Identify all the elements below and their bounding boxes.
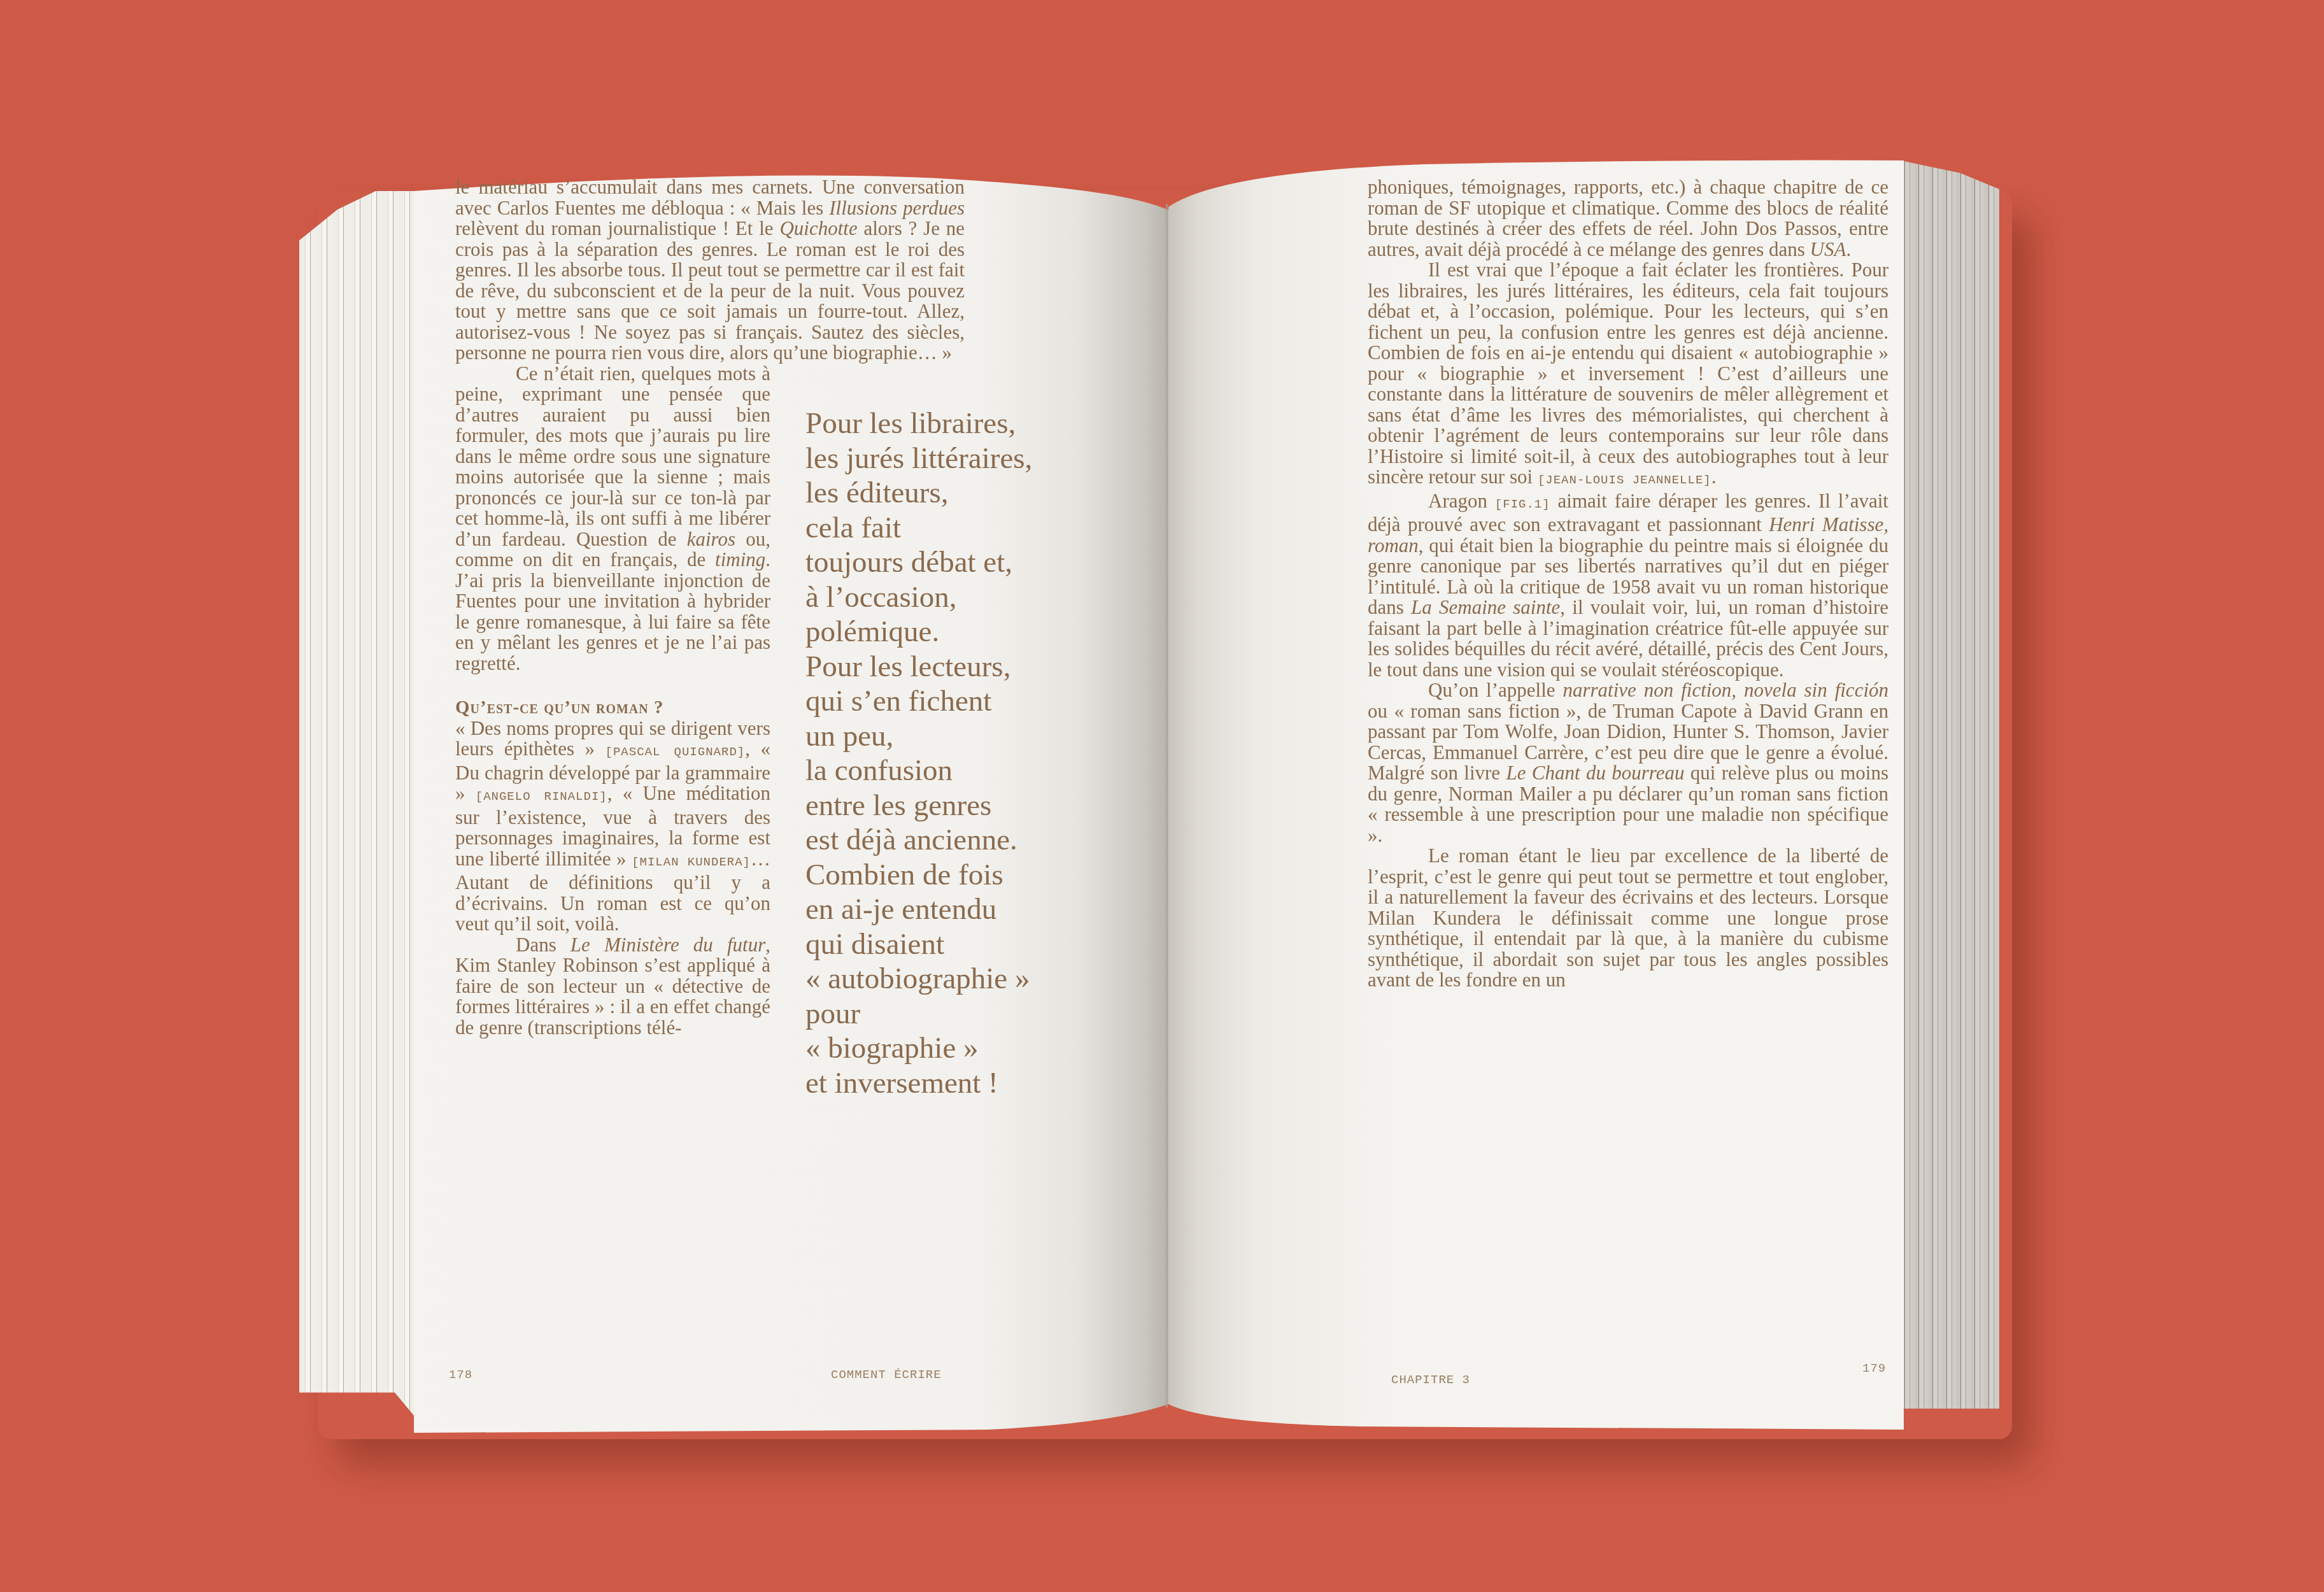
paragraph: Ce n’était rien, quelques mots à peine, … <box>455 364 770 674</box>
paragraph: « Des noms propres qui se dirigent vers … <box>455 718 770 935</box>
pull-quote-line: toujours débat et, <box>805 545 1086 580</box>
right-page-body: phoniques, témoignages, rapports, etc.) … <box>1368 177 1888 991</box>
pull-quote-line: polémique. <box>805 615 1086 650</box>
pull-quote-line: la confusion <box>805 753 1086 788</box>
pull-quote-line: Combien de fois <box>805 858 1086 893</box>
section-heading: Qu’est-ce qu’un roman ? <box>455 697 770 718</box>
right-page-number: 179 <box>1862 1361 1886 1375</box>
pull-quote-line: en ai-je entendu <box>805 892 1086 927</box>
citation-ref: [PASCAL QUIGNARD] <box>606 745 746 759</box>
pull-quote-line: Pour les libraires, <box>805 406 1086 441</box>
citation-ref: [MILAN KUNDERA] <box>632 855 751 869</box>
citation-ref: [JEAN-LOUIS JEANNELLE] <box>1538 473 1711 487</box>
paragraph: Le roman étant le lieu par excellence de… <box>1368 846 1888 991</box>
pull-quote-line: qui disaient <box>805 927 1086 962</box>
right-page-stack <box>1901 160 1999 1409</box>
pull-quote-line: entre les genres <box>805 788 1086 823</box>
pull-quote-line: « biographie » <box>805 1031 1086 1066</box>
paragraph: Il est vrai que l’époque a fait éclater … <box>1368 260 1888 491</box>
paragraph: Aragon [FIG.1] aimait faire déraper les … <box>1368 491 1888 681</box>
pull-quote-line: les éditeurs, <box>805 476 1086 511</box>
pull-quote-line: les jurés littéraires, <box>805 441 1086 476</box>
paragraph: le matériau s’accumulait dans mes carnet… <box>455 177 965 364</box>
left-page-stack <box>299 191 427 1423</box>
right-running-head: CHAPITRE 3 <box>1391 1373 1470 1387</box>
left-page-number: 178 <box>449 1368 472 1382</box>
pull-quote-line: « autobiographie » <box>805 962 1086 997</box>
pull-quote-line: à l’occasion, <box>805 580 1086 615</box>
pull-quote-line: cela fait <box>805 511 1086 546</box>
paragraph: Dans Le Ministère du futur, Kim Stanley … <box>455 935 770 1039</box>
pull-quote-line: et inversement ! <box>805 1066 1086 1101</box>
pull-quote-line: Pour les lecteurs, <box>805 650 1086 685</box>
left-running-head: COMMENT ÉCRIRE <box>831 1368 942 1382</box>
book-spine-gutter <box>1166 204 1168 1407</box>
paragraph: phoniques, témoignages, rapports, etc.) … <box>1368 177 1888 260</box>
figure-ref: [FIG.1] <box>1495 497 1550 511</box>
pull-quote-line: qui s’en fichent <box>805 684 1086 719</box>
pull-quote: Pour les libraires, les jurés littéraire… <box>805 406 1086 1100</box>
paragraph: Qu’on l’appelle narrative non fiction, n… <box>1368 680 1888 846</box>
citation-ref: [ANGELO RINALDI] <box>476 790 607 804</box>
pull-quote-line: est déjà ancienne. <box>805 823 1086 858</box>
pull-quote-line: pour <box>805 997 1086 1032</box>
pull-quote-line: un peu, <box>805 719 1086 754</box>
